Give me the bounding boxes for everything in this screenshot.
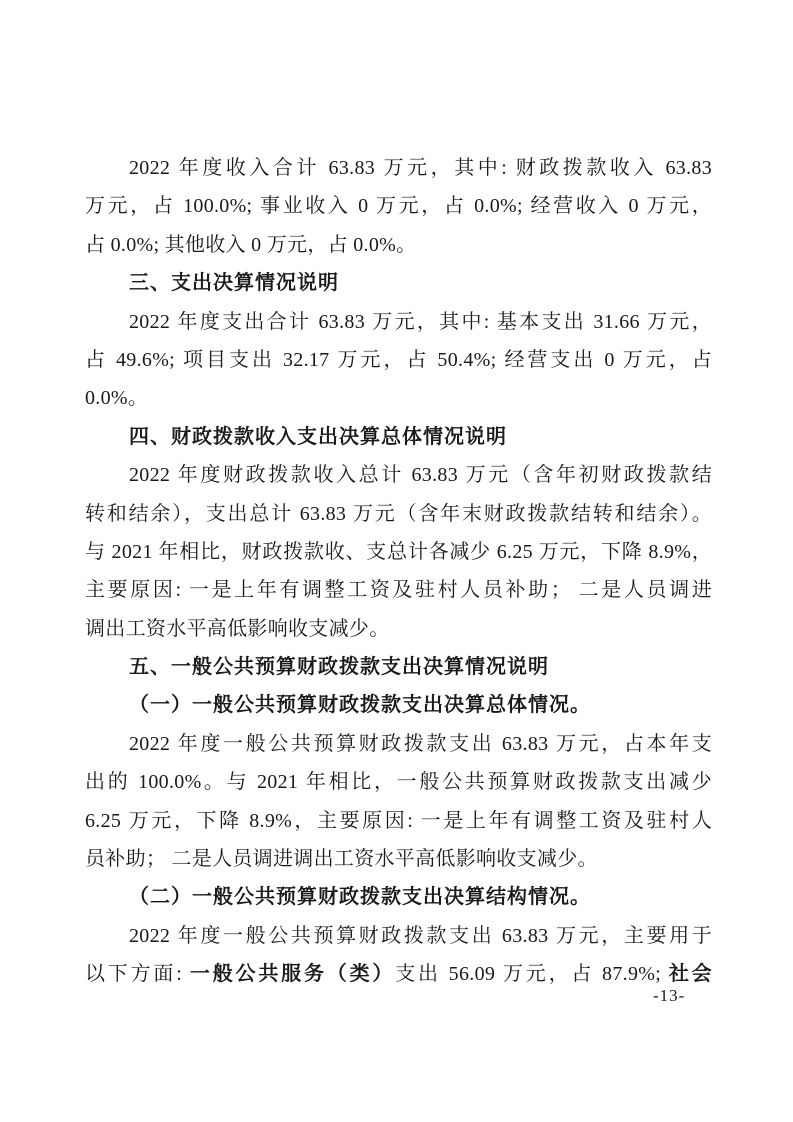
- document-body: 2022 年度收入合计 63.83 万元，其中: 财政拨款收入 63.83 万元…: [85, 149, 712, 994]
- subheading-5-2: （二）一般公共预算财政拨款支出决算结构情况。: [85, 878, 712, 916]
- paragraph-expense-line-1: 2022 年度支出合计 63.83 万元，其中: 基本支出 31.66 万元，: [85, 303, 712, 341]
- paragraph-general-total-line-2: 出的 100.0%。与 2021 年相比，一般公共预算财政拨款支出减少: [85, 763, 712, 801]
- paragraph-fiscal-line-5: 调出工资水平高低影响收支减少。: [85, 610, 712, 648]
- paragraph-structure-line-2: 以下方面: 一般公共服务（类）支出 56.09 万元，占 87.9%; 社会: [85, 955, 712, 993]
- structure-text-bold-social: 社会: [669, 963, 712, 985]
- heading-section-5: 五、一般公共预算财政拨款支出决算情况说明: [85, 648, 712, 686]
- paragraph-income-line-1: 2022 年度收入合计 63.83 万元，其中: 财政拨款收入 63.83: [85, 149, 712, 187]
- paragraph-expense-line-3: 0.0%。: [85, 379, 712, 417]
- structure-text-normal-1: 以下方面:: [85, 963, 190, 985]
- paragraph-structure-line-1: 2022 年度一般公共预算财政拨款支出 63.83 万元，主要用于: [85, 917, 712, 955]
- paragraph-income-line-2: 万元，占 100.0%; 事业收入 0 万元，占 0.0%; 经营收入 0 万元…: [85, 187, 712, 225]
- paragraph-fiscal-line-3: 与 2021 年相比，财政拨款收、支总计各减少 6.25 万元，下降 8.9%，: [85, 533, 712, 571]
- paragraph-fiscal-line-4: 主要原因: 一是上年有调整工资及驻村人员补助； 二是人员调进: [85, 571, 712, 609]
- subheading-5-1: （一）一般公共预算财政拨款支出决算总体情况。: [85, 686, 712, 724]
- paragraph-expense-line-2: 占 49.6%; 项目支出 32.17 万元，占 50.4%; 经营支出 0 万…: [85, 341, 712, 379]
- page-number: -13-: [653, 986, 685, 1006]
- document-page: 2022 年度收入合计 63.83 万元，其中: 财政拨款收入 63.83 万元…: [0, 0, 793, 1122]
- heading-section-4: 四、财政拨款收入支出决算总体情况说明: [85, 418, 712, 456]
- heading-section-3: 三、支出决算情况说明: [85, 264, 712, 302]
- structure-text-bold-general-public-service: 一般公共服务（类）: [190, 963, 395, 985]
- paragraph-general-total-line-1: 2022 年度一般公共预算财政拨款支出 63.83 万元，占本年支: [85, 725, 712, 763]
- paragraph-general-total-line-3: 6.25 万元，下降 8.9%，主要原因: 一是上年有调整工资及驻村人: [85, 802, 712, 840]
- structure-text-normal-2: 支出 56.09 万元，占 87.9%;: [395, 963, 669, 985]
- paragraph-fiscal-line-2: 转和结余），支出总计 63.83 万元（含年末财政拨款结转和结余）。: [85, 495, 712, 533]
- paragraph-general-total-line-4: 员补助； 二是人员调进调出工资水平高低影响收支减少。: [85, 840, 712, 878]
- paragraph-fiscal-line-1: 2022 年度财政拨款收入总计 63.83 万元（含年初财政拨款结: [85, 456, 712, 494]
- paragraph-income-line-3: 占 0.0%; 其他收入 0 万元，占 0.0%。: [85, 226, 712, 264]
